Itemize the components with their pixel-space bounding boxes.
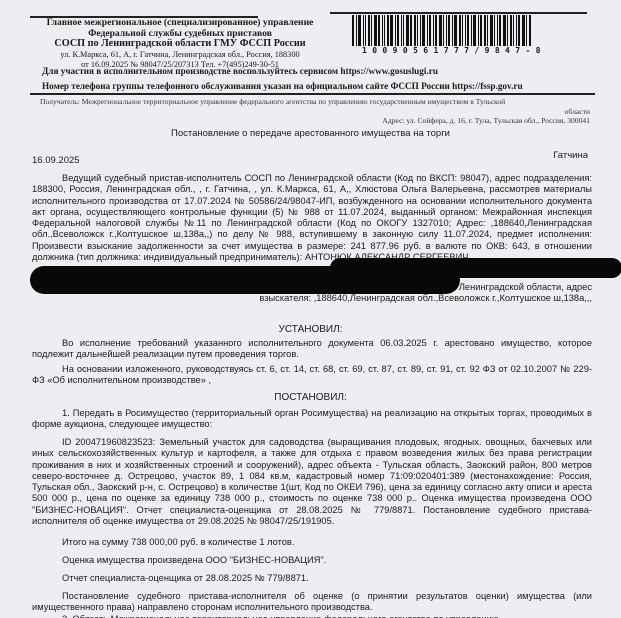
property-description: ID 200471960823523: Земельный участок дл… (32, 437, 592, 527)
report-line: Отчет специалиста-оценщика от 28.08.2025… (62, 573, 309, 583)
document-date: 16.09.2025 (32, 155, 80, 166)
recipient-line: Получатель: Межрегиональное территориаль… (40, 97, 590, 107)
agency-line-1: Главное межрегиональное (специализирован… (30, 18, 330, 29)
total-line: Итого на сумму 738 000,00 руб. в количес… (62, 537, 294, 547)
cutoff-text: 2. Обязать Межрегиональное территориальн… (32, 614, 592, 618)
appraisal-sent-paragraph: Постановление судебного пристава-исполни… (32, 591, 592, 614)
legal-basis-text: На основании изложенного, руководствуясь… (32, 364, 592, 387)
property-text: ID 200471960823523: Земельный участок дл… (32, 437, 592, 527)
agency-header: Главное межрегиональное (специализирован… (30, 18, 330, 71)
appraiser-line: Оценка имущества произведена ООО "БИЗНЕС… (62, 555, 326, 565)
barcode (352, 15, 584, 46)
barcode-number: 10090561777/9847-8 (362, 46, 592, 55)
recipient-address: Адрес: ул. Сойфера, д. 16, г. Тула, Туль… (40, 116, 590, 126)
gosuslugi-notice: Для участия в исполнительном производств… (42, 66, 602, 76)
cutoff-paragraph: 2. Обязать Межрегиональное территориальн… (32, 614, 592, 618)
intro-paragraph: Ведущий судебный пристав-исполнитель СОС… (32, 173, 592, 263)
agency-address: ул. К.Маркса, 61, А, г. Гатчина, Ленингр… (30, 50, 330, 61)
intro-text: Ведущий судебный пристав-исполнитель СОС… (32, 173, 592, 263)
document-place: Гатчина (553, 150, 588, 161)
document-page: Главное межрегиональное (специализирован… (0, 0, 621, 618)
item-1-text: 1. Передать в Росимущество (территориаль… (32, 408, 592, 431)
legal-basis-paragraph: На основании изложенного, руководствуясь… (32, 364, 592, 387)
item-1-paragraph: 1. Передать в Росимущество (территориаль… (32, 408, 592, 431)
header-rule-right (330, 12, 587, 14)
appraisal-sent-text: Постановление судебного пристава-исполни… (32, 591, 592, 614)
agency-line-3: СОСП по Ленинградской области ГМУ ФССП Р… (30, 39, 330, 50)
resolved-heading: ПОСТАНОВИЛ: (0, 392, 621, 403)
recipient-line-2: области (40, 107, 590, 117)
document-title: Постановление о передаче арестованного и… (0, 128, 621, 139)
established-heading: УСТАНОВИЛ: (0, 324, 621, 335)
established-text: Во исполнение требований указанного испо… (32, 338, 592, 361)
established-paragraph: Во исполнение требований указанного испо… (32, 338, 592, 361)
phone-notice: Номер телефона группы телефонного обслуж… (42, 81, 602, 91)
redaction-bar (30, 266, 460, 294)
recipient-block: Получатель: Межрегиональное территориаль… (40, 97, 590, 126)
header-bottom-rule (30, 93, 595, 95)
